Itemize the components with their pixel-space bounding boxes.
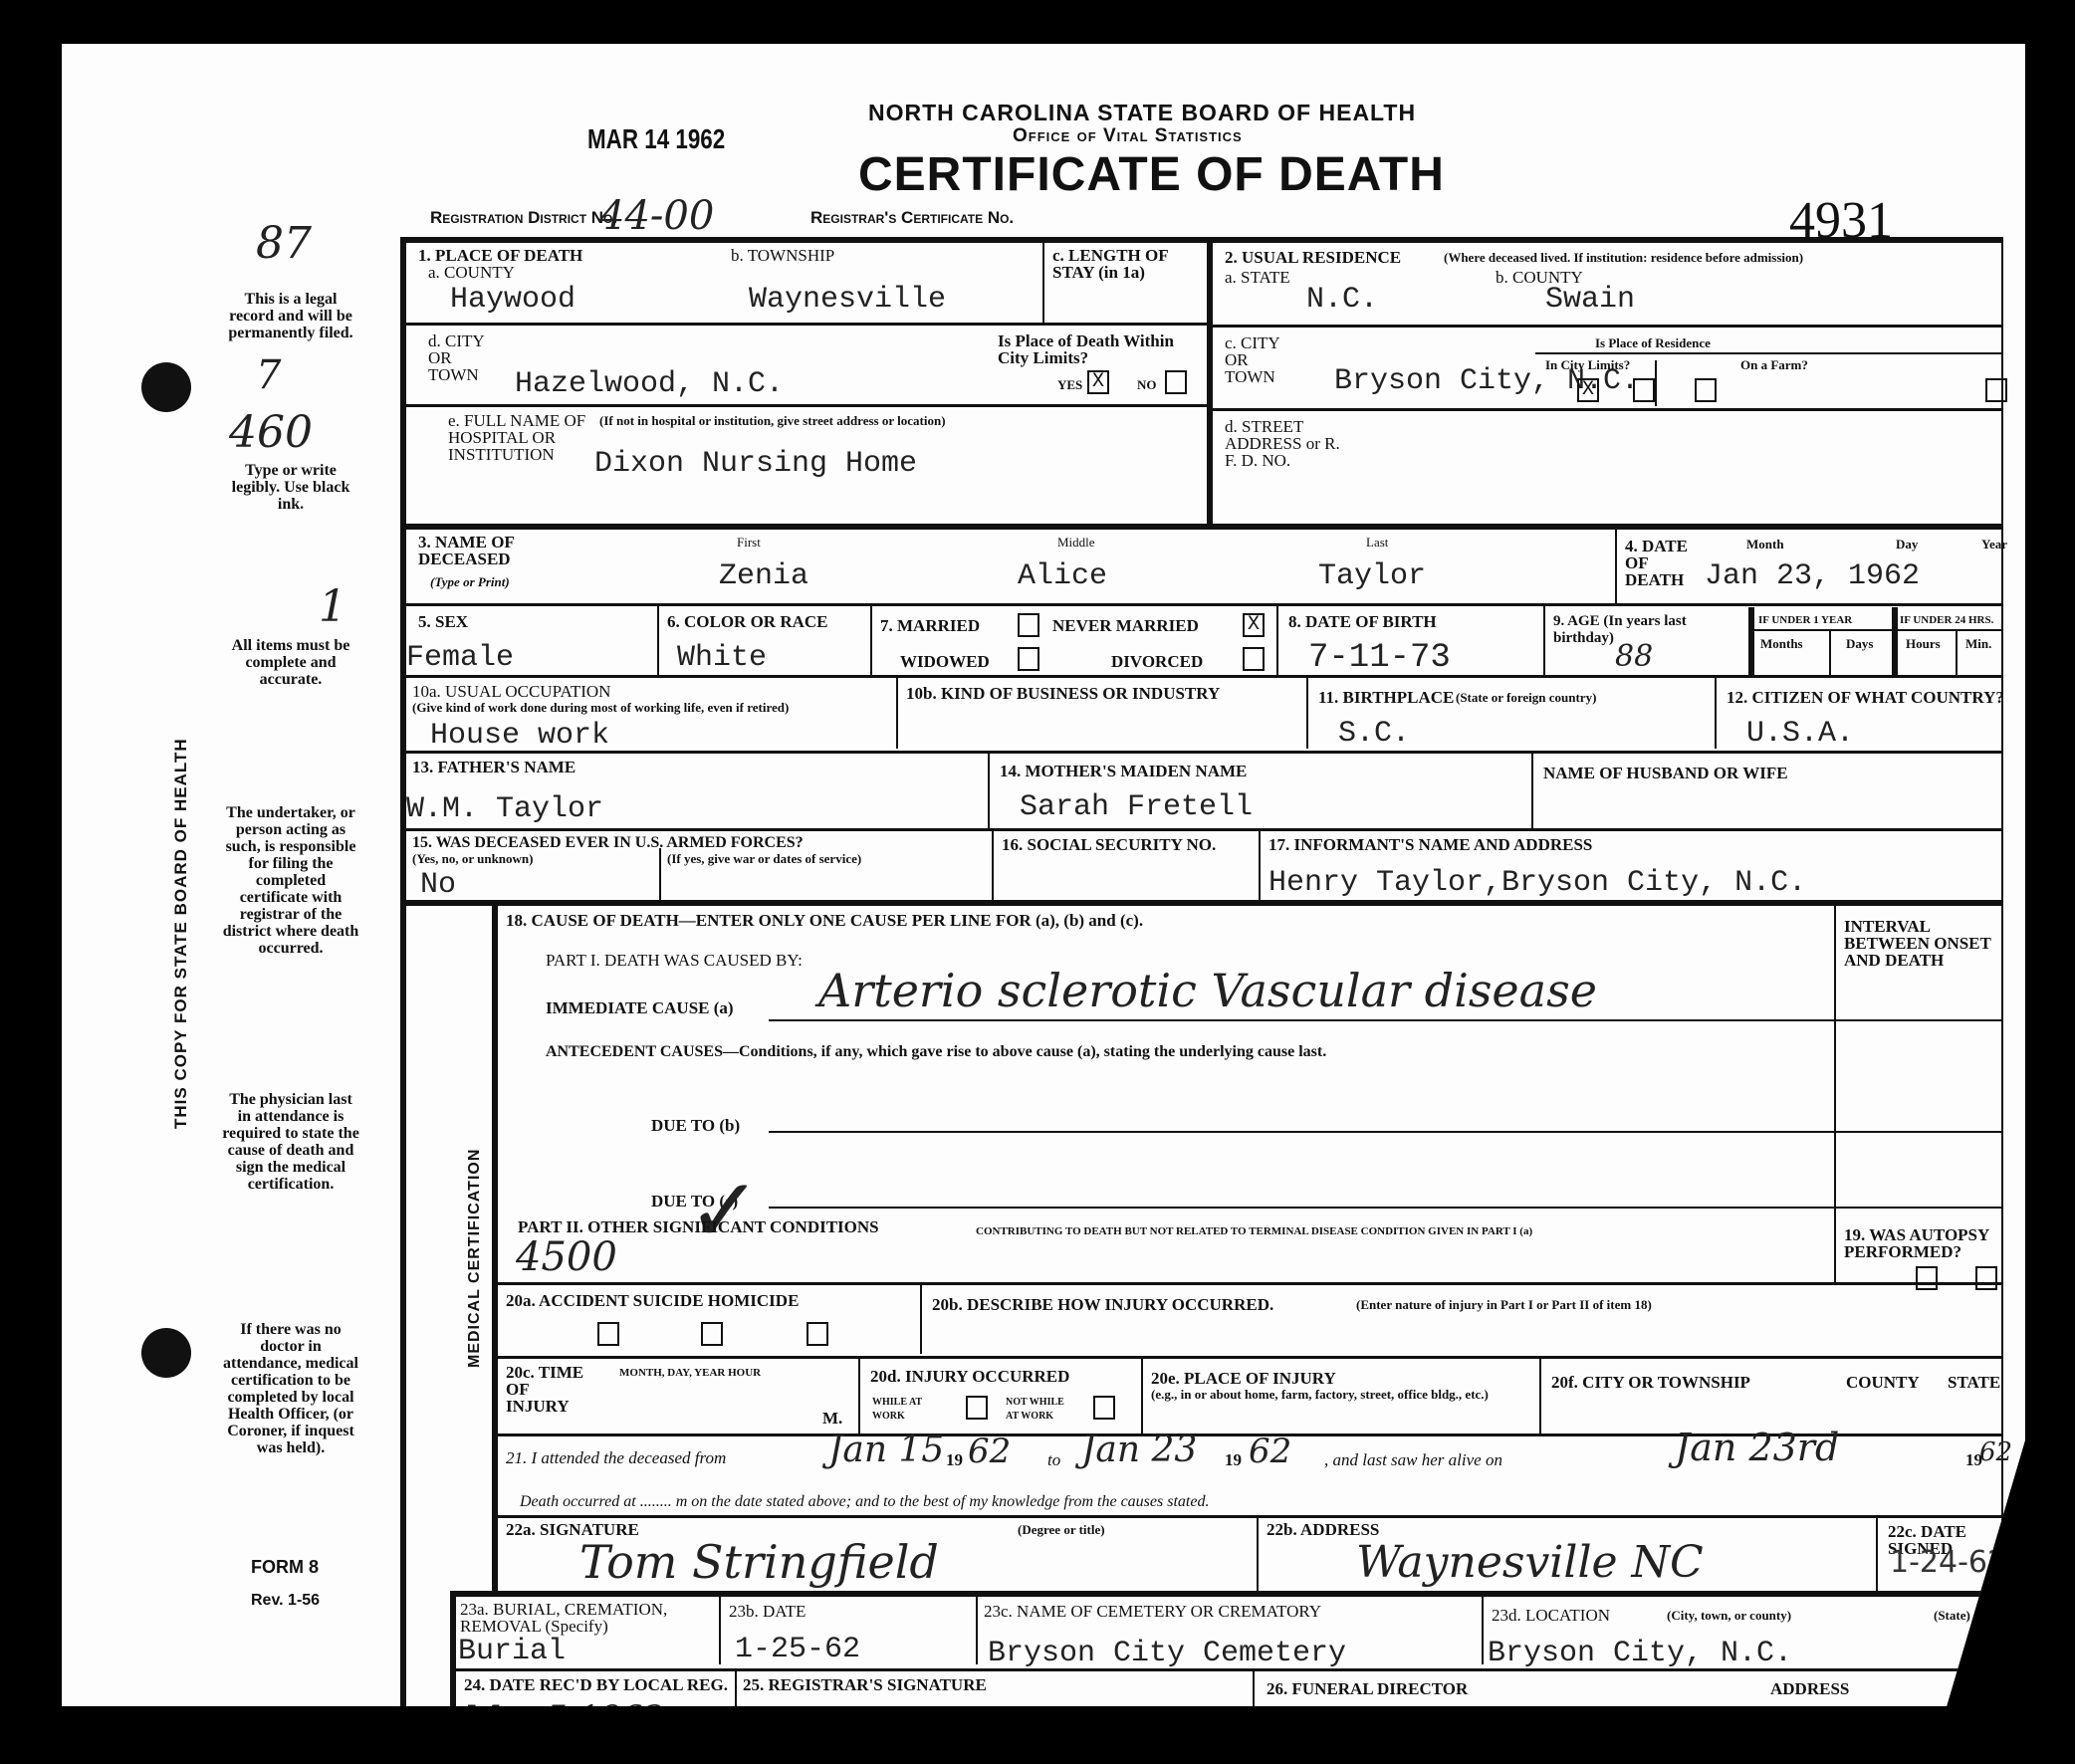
married-label: 7. MARRIED [880, 617, 980, 634]
dob-label: 8. DATE OF BIRTH [1288, 613, 1437, 630]
res-county-value: Swain [1545, 283, 1635, 317]
occupation-hint: (Give kind of work done during most of w… [412, 701, 890, 715]
registrar-signature-label: 25. REGISTRAR'S SIGNATURE [743, 1676, 987, 1693]
divorced-checkbox[interactable] [1243, 647, 1265, 671]
medical-certification-label: MEDICAL CERTIFICATION [466, 1149, 484, 1368]
place-of-residence-label: Is Place of Residence [1595, 336, 1711, 350]
informant-label: 17. INFORMANT'S NAME AND ADDRESS [1268, 836, 1592, 853]
burial-location-hint: (City, town, or county) [1667, 1609, 1791, 1623]
no-label: NO [1137, 378, 1157, 392]
form-number: FORM 8 [251, 1557, 319, 1578]
month-label: Month [1746, 538, 1784, 551]
divorced-label: DIVORCED [1111, 653, 1203, 670]
township-label: b. TOWNSHIP [731, 247, 834, 264]
page-title: CERTIFICATE OF DEATH [858, 147, 1445, 202]
year-label: Year [1981, 538, 2007, 551]
mother-value: Sarah Fretell [1020, 790, 1253, 824]
date-received-label: 24. DATE REC'D BY LOCAL REG. [464, 1676, 743, 1693]
death-township-value: Waynesville [749, 283, 946, 317]
margin-note: All items must be complete and accurate. [221, 637, 360, 688]
place-of-injury-hint: (e.g., in or about home, farm, factory, … [1151, 1388, 1529, 1402]
autopsy-no-checkbox[interactable] [1975, 1266, 1997, 1290]
year-prefix: 19 [1225, 1451, 1242, 1468]
informant-value: Henry Taylor,Bryson City, N.C. [1268, 866, 1806, 900]
industry-label: 10b. KIND OF BUSINESS OR INDUSTRY [906, 685, 1220, 702]
county-label: a. COUNTY [428, 264, 515, 281]
attended-to-year: 62 [1249, 1432, 1291, 1471]
burial-state-label: (State) [1934, 1609, 1970, 1623]
not-while-at-work-label: NOT WHILE AT WORK [1006, 1396, 1065, 1424]
occupation-label: 10a. USUAL OCCUPATION [412, 683, 610, 700]
death-county-value: Haywood [450, 283, 576, 317]
accident-checkbox[interactable] [597, 1322, 619, 1346]
never-married-label: NEVER MARRIED [1052, 617, 1199, 634]
immediate-cause-value: Arterio sclerotic Vascular disease [818, 964, 1597, 1017]
in-city-yes-checkbox[interactable]: X [1577, 378, 1599, 402]
agency-name: NORTH CAROLINA STATE BOARD OF HEALTH [868, 100, 1416, 126]
res-state-value: N.C. [1306, 283, 1378, 317]
form-revision: Rev. 1-56 [251, 1592, 320, 1610]
first-name-value: Zenia [719, 559, 808, 593]
injury-types-label: 20a. ACCIDENT SUICIDE HOMICIDE [506, 1292, 799, 1309]
part1-label: PART I. DEATH WAS CAUSED BY: [546, 952, 803, 969]
checkmark-icon: ✓ [687, 1159, 762, 1263]
registrar-signature-value: D Whisenhunt Deputy [749, 1702, 1082, 1737]
citizen-value: U.S.A. [1746, 717, 1854, 751]
street-address-label: d. STREET ADDRESS or R. F. D. NO. [1225, 418, 1344, 469]
last-name-label: Last [1366, 536, 1388, 550]
part2-hint: CONTRIBUTING TO DEATH BUT NOT RELATED TO… [976, 1224, 1532, 1238]
attended-from-year: 62 [968, 1432, 1011, 1471]
attended-to-value: Jan 23 [1081, 1430, 1197, 1470]
registrar-certificate-label: Registrar's Certificate No. [810, 209, 1030, 226]
married-checkbox[interactable] [1018, 613, 1039, 637]
in-city-no-checkbox[interactable] [1633, 378, 1655, 402]
year-prefix: 19 [946, 1451, 963, 1468]
suicide-checkbox[interactable] [701, 1322, 723, 1346]
burial-location-value: Bryson City, N.C. [1488, 1637, 1792, 1670]
homicide-checkbox[interactable] [807, 1322, 828, 1346]
birthplace-hint: (State or foreign country) [1456, 691, 1596, 705]
never-married-checkbox[interactable]: X [1243, 613, 1265, 637]
attended-text: 21. I attended the deceased from [506, 1449, 726, 1466]
armed-forces-hint-1: (Yes, no, or unknown) [412, 852, 534, 866]
state-label: a. STATE [1225, 269, 1290, 286]
office-name: Office of Vital Statistics [1013, 125, 1243, 147]
race-label: 6. COLOR OR RACE [667, 613, 828, 630]
attended-to-text: to [1047, 1451, 1060, 1468]
in-city-limits-label: In City Limits? [1545, 358, 1630, 372]
min-label: Min. [1965, 637, 1991, 651]
widowed-checkbox[interactable] [1018, 647, 1039, 671]
within-city-yes-checkbox[interactable]: X [1087, 370, 1109, 394]
part2-code: 4500 [516, 1234, 617, 1280]
father-value: W.M. Taylor [406, 792, 603, 826]
armed-forces-label: 15. WAS DECEASED EVER IN U.S. ARMED FORC… [412, 834, 804, 851]
father-label: 13. FATHER'S NAME [412, 759, 576, 775]
autopsy-yes-checkbox[interactable] [1916, 1266, 1938, 1290]
margin-note: Type or write legibly. Use black ink. [221, 462, 360, 513]
city-label: d. CITY OR TOWN [428, 332, 488, 383]
injury-occurred-label: 20d. INJURY OCCURRED [870, 1368, 1069, 1385]
while-at-work-label: WHILE AT WORK [872, 1396, 932, 1424]
time-of-injury-hint: MONTH, DAY, YEAR HOUR [619, 1366, 761, 1380]
margin-number: 7 [256, 352, 281, 398]
yes-label: YES [1057, 378, 1082, 392]
armed-forces-hint-2: (If yes, give war or dates of service) [667, 852, 861, 866]
death-city-value: Hazelwood, N.C. [515, 367, 784, 401]
dob-value: 7-11-73 [1308, 639, 1451, 677]
registration-district-value: 44-00 [599, 193, 714, 239]
within-city-limits-label: Is Place of Death Within City Limits? [998, 332, 1207, 366]
mother-label: 14. MOTHER'S MAIDEN NAME [1000, 763, 1247, 779]
margin-number: 1 [319, 581, 346, 632]
institution-label: e. FULL NAME OF HOSPITAL OR INSTITUTION [448, 412, 597, 463]
armed-forces-value: No [420, 868, 456, 902]
on-farm-no-checkbox[interactable] [1985, 378, 2007, 402]
occupation-value: House work [430, 719, 609, 753]
certifier-address-label: 22b. ADDRESS [1267, 1521, 1379, 1538]
day-label: Day [1896, 538, 1918, 551]
name-hint: (Type or Print) [430, 575, 510, 589]
place-of-death-label: 1. PLACE OF DEATH [418, 247, 582, 264]
middle-name-label: Middle [1057, 536, 1095, 550]
margin-note: The physician last in attendance is requ… [221, 1091, 360, 1193]
institution-hint: (If not in hospital or institution, give… [599, 414, 946, 428]
birthplace-value: S.C. [1338, 717, 1410, 751]
middle-name-value: Alice [1018, 559, 1107, 593]
race-value: White [677, 641, 767, 675]
death-occurred-text: Death occurred at ........ m on the date… [520, 1493, 1209, 1510]
place-of-injury-label: 20e. PLACE OF INJURY [1151, 1370, 1336, 1387]
first-name-label: First [737, 536, 761, 550]
attended-from-value: Jan 15 [828, 1430, 944, 1470]
sex-value: Female [406, 641, 514, 675]
punch-hole [141, 362, 191, 412]
institution-value: Dixon Nursing Home [594, 447, 917, 481]
sex-label: 5. SEX [418, 613, 468, 630]
injury-state-label: STATE [1948, 1374, 2000, 1391]
registration-district-label: Registration District No. [430, 209, 619, 226]
due-to-b-label: DUE TO (b) [651, 1117, 740, 1134]
last-seen-value: Jan 23rd [1675, 1426, 1839, 1469]
margin-number: 460 [229, 407, 313, 458]
birthplace-label: 11. BIRTHPLACE [1318, 689, 1454, 706]
under-24-hrs-label: IF UNDER 24 HRS. [1900, 613, 1993, 627]
autopsy-label: 19. WAS AUTOPSY PERFORMED? [1844, 1226, 2003, 1260]
certificate-page: NORTH CAROLINA STATE BOARD OF HEALTH Off… [62, 44, 2025, 1706]
vertical-copy-label: THIS COPY FOR STATE BOARD OF HEALTH [171, 738, 191, 1129]
under-1-year-label: IF UNDER 1 YEAR [1758, 613, 1852, 627]
injury-county-label: COUNTY [1846, 1374, 1920, 1391]
date-received-value: Mar 5 1962 [464, 1698, 664, 1738]
margin-note: If there was no doctor in attendance, me… [221, 1321, 360, 1456]
widowed-label: WIDOWED [900, 653, 990, 670]
funeral-director-label: 26. FUNERAL DIRECTOR [1267, 1680, 1468, 1697]
within-city-no-checkbox[interactable] [1165, 370, 1187, 394]
punch-hole [141, 1328, 191, 1378]
last-seen-year: 62 [1979, 1437, 2012, 1467]
days-label: Days [1846, 637, 1873, 651]
time-m-label: M. [822, 1410, 842, 1427]
res-city-label: c. CITY OR TOWN [1225, 334, 1284, 385]
citizen-label: 12. CITIZEN OF WHAT COUNTRY? [1727, 689, 2004, 706]
describe-injury-label: 20b. DESCRIBE HOW INJURY OCCURRED. [932, 1296, 1273, 1313]
hours-label: Hours [1906, 637, 1941, 651]
part2-label: PART II. OTHER SIGNIFICANT CONDITIONS [518, 1218, 879, 1235]
received-stamp: MAR 14 1962 [587, 123, 725, 155]
time-of-injury-label: 20c. TIME OF INJURY [506, 1364, 585, 1415]
on-farm-yes-checkbox[interactable] [1695, 378, 1717, 402]
interval-label: INTERVAL BETWEEN ONSET AND DEATH [1844, 918, 2003, 969]
months-label: Months [1760, 637, 1803, 651]
name-of-deceased-label: 3. NAME OF DECEASED [418, 534, 528, 567]
margin-number: 87 [256, 218, 312, 269]
degree-label: (Degree or title) [1018, 1523, 1105, 1537]
date-signed-value: 1-24-62 [1890, 1545, 2006, 1580]
immediate-cause-label: IMMEDIATE CAUSE (a) [546, 999, 734, 1016]
describe-injury-hint: (Enter nature of injury in Part I or Par… [1356, 1298, 1652, 1312]
usual-residence-hint: (Where deceased lived. If institution: r… [1444, 251, 1803, 265]
while-at-work-checkbox[interactable] [966, 1396, 988, 1420]
last-name-value: Taylor [1318, 559, 1426, 593]
cemetery-value: Bryson City Cemetery [988, 1637, 1346, 1670]
antecedent-label: ANTECEDENT CAUSES—Conditions, if any, wh… [546, 1043, 1326, 1060]
date-of-death-label: 4. DATE OF DEATH [1625, 538, 1695, 588]
certifier-address-value: Waynesville NC [1356, 1537, 1704, 1588]
age-value: 88 [1615, 639, 1653, 674]
injury-city-label: 20f. CITY OR TOWNSHIP [1551, 1374, 1750, 1391]
burial-date-value: 1-25-62 [735, 1633, 860, 1666]
burial-type-value: Burial [458, 1635, 566, 1668]
funeral-director-value: Moody Funeral Home,Bryson City, [1253, 1706, 1808, 1740]
spouse-label: NAME OF HUSBAND OR WIFE [1543, 765, 1788, 781]
margin-note: This is a legal record and will be perma… [221, 291, 360, 341]
signature-value: Tom Stringfield [579, 1535, 939, 1589]
burial-location-label: 23d. LOCATION [1492, 1607, 1610, 1624]
last-saw-text: , and last saw her alive on [1324, 1451, 1502, 1468]
ssn-label: 16. SOCIAL SECURITY NO. [1002, 836, 1216, 853]
length-of-stay-label: c. LENGTH OF STAY (in 1a) [1052, 247, 1202, 281]
not-while-at-work-checkbox[interactable] [1093, 1396, 1115, 1420]
cemetery-label: 23c. NAME OF CEMETERY OR CREMATORY [984, 1603, 1321, 1620]
burial-type-label: 23a. BURIAL, CREMATION, REMOVAL (Specify… [460, 1601, 719, 1635]
cause-of-death-label: 18. CAUSE OF DEATH—ENTER ONLY ONE CAUSE … [506, 912, 1143, 929]
burial-date-label: 23b. DATE [729, 1603, 806, 1620]
date-of-death-value: Jan 23, 1962 [1705, 559, 1920, 593]
on-farm-label: On a Farm? [1740, 358, 1808, 372]
margin-note: The undertaker, or person acting as such… [221, 804, 360, 957]
funeral-address-label: ADDRESS [1770, 1680, 1849, 1697]
usual-residence-label: 2. USUAL RESIDENCE [1225, 249, 1401, 266]
